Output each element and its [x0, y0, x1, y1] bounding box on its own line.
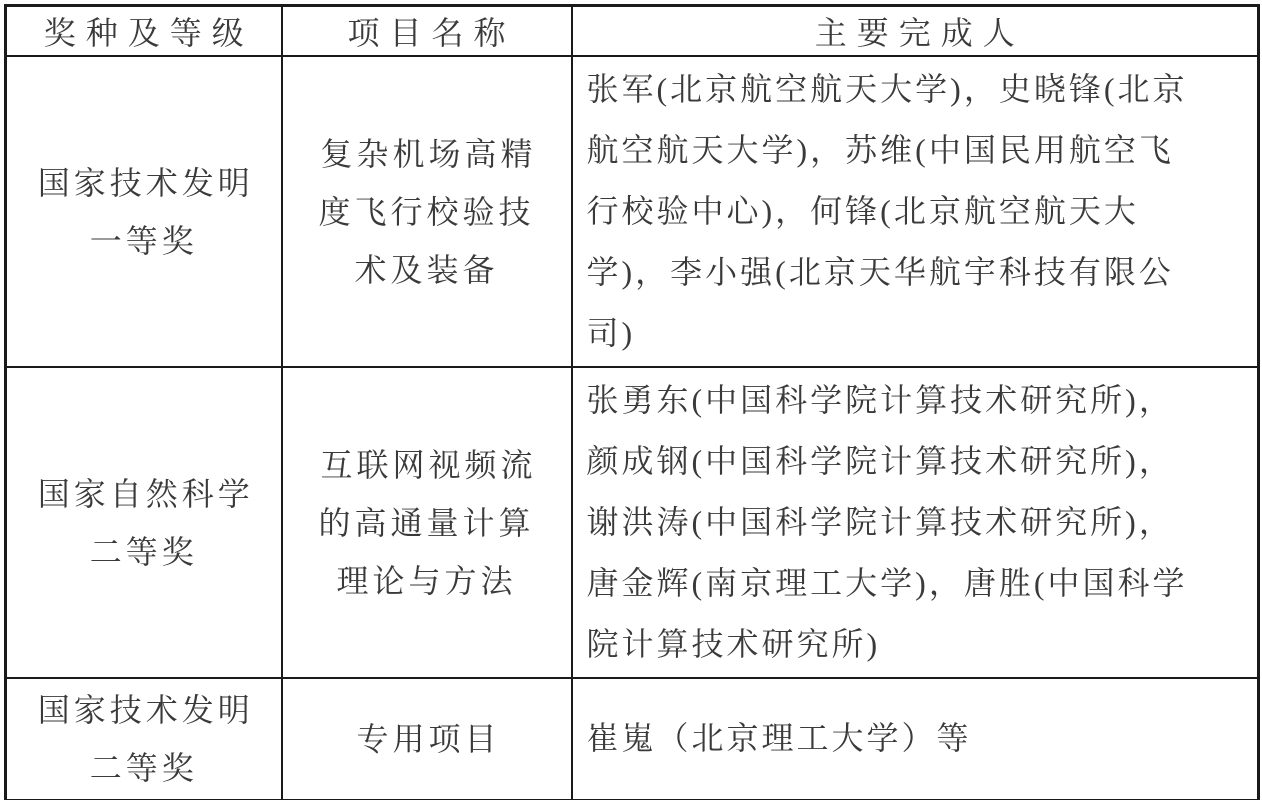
award-cell: 国家技术发明 一等奖	[6, 56, 282, 367]
award-cell: 国家技术发明 二等奖	[6, 678, 282, 800]
table-row: 国家技术发明 二等奖 专用项目 崔嵬（北京理工大学）等	[6, 678, 1259, 800]
contributors-cell: 张军(北京航空航天大学)，史晓锋(北京 航空航天大学)，苏维(中国民用航空飞 行…	[572, 56, 1259, 367]
table-row: 国家技术发明 一等奖 复杂机场高精 度飞行校验技 术及装备 张军(北京航空航天大…	[6, 56, 1259, 367]
header-award-type: 奖种及等级	[6, 6, 282, 57]
document-page: 奖种及等级 项目名称 主要完成人 国家技术发明 一等奖 复杂机场高精 度飞行校验…	[0, 0, 1262, 800]
project-cell: 互联网视频流 的高通量计算 理论与方法	[282, 367, 572, 678]
table-header-row: 奖种及等级 项目名称 主要完成人	[6, 6, 1259, 57]
award-cell: 国家自然科学 二等奖	[6, 367, 282, 678]
awards-table: 奖种及等级 项目名称 主要完成人 国家技术发明 一等奖 复杂机场高精 度飞行校验…	[4, 4, 1260, 800]
contributors-cell: 张勇东(中国科学院计算技术研究所)， 颜成钢(中国科学院计算技术研究所)， 谢洪…	[572, 367, 1259, 678]
project-cell: 复杂机场高精 度飞行校验技 术及装备	[282, 56, 572, 367]
contributors-cell: 崔嵬（北京理工大学）等	[572, 678, 1259, 800]
project-cell: 专用项目	[282, 678, 572, 800]
table-row: 国家自然科学 二等奖 互联网视频流 的高通量计算 理论与方法 张勇东(中国科学院…	[6, 367, 1259, 678]
header-project-name: 项目名称	[282, 6, 572, 57]
header-contributors: 主要完成人	[572, 6, 1259, 57]
